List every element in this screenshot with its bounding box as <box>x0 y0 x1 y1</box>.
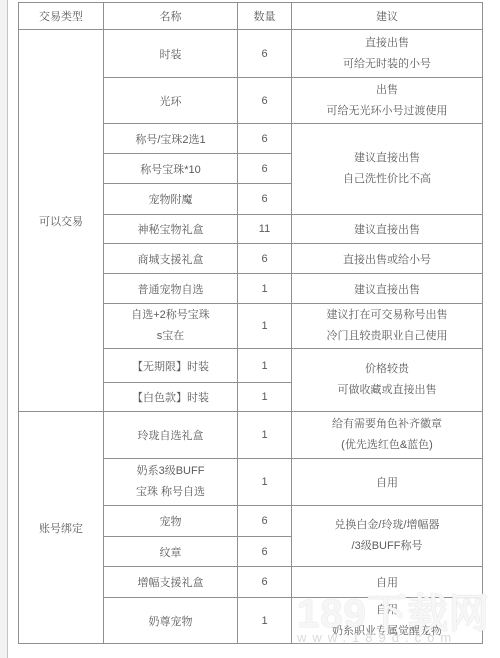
cell-qty: 6 <box>238 30 292 78</box>
cell-advice: 直接出售或给小号 <box>292 244 483 274</box>
cell-advice: 自用 <box>292 459 483 506</box>
cell-name: 宠物 <box>104 506 238 537</box>
cell-name: 自选+2称号宝珠 s宝在 <box>104 304 238 349</box>
cell-name: 商城支援礼盒 <box>104 244 238 274</box>
table-header-row: 交易类型 名称 数量 建议 <box>19 3 483 30</box>
cell-qty: 1 <box>238 383 292 412</box>
cell-qty: 1 <box>238 598 292 644</box>
cell-qty: 6 <box>238 506 292 537</box>
advice-line: 直接出售 <box>294 33 480 54</box>
group-cell-tradable: 可以交易 <box>19 30 104 412</box>
advice-line: 价格较贵 <box>294 359 480 380</box>
cell-name: 【白色款】时装 <box>104 383 238 412</box>
cell-name: 宠物附魔 <box>104 184 238 215</box>
advice-line: 兑换白金/玲珑/增幅器 <box>294 515 480 536</box>
cell-qty: 1 <box>238 349 292 383</box>
cell-advice: 建议直接出售 <box>292 274 483 304</box>
cell-advice: 建议直接出售 <box>292 215 483 244</box>
advice-line: 自己洗性价比不高 <box>294 169 480 190</box>
cell-qty: 6 <box>238 244 292 274</box>
table-row: 可以交易 时装 6 直接出售 可给无时装的小号 <box>19 30 483 78</box>
cell-advice: 直接出售 可给无时装的小号 <box>292 30 483 78</box>
advice-line: 可做收藏或直接出售 <box>294 380 480 401</box>
cell-name: 时装 <box>104 30 238 78</box>
group-cell-account-bound: 账号绑定 <box>19 412 104 644</box>
col-header-trade-type: 交易类型 <box>19 3 104 30</box>
cell-qty: 6 <box>238 154 292 184</box>
col-header-name: 名称 <box>104 3 238 30</box>
table-row: 账号绑定 玲珑自选礼盒 1 给有需要角色补齐徽章 (优先选红色&蓝色) <box>19 412 483 459</box>
advice-line: 自用 <box>294 600 480 621</box>
advice-line: 可给无光环小号过渡使用 <box>294 101 480 122</box>
cell-qty: 6 <box>238 124 292 154</box>
advice-line: (优先选红色&蓝色) <box>294 435 480 456</box>
advice-line: 奶系职业专属觉醒宠物 <box>294 621 480 642</box>
cell-name: 光环 <box>104 78 238 124</box>
advice-line: 冷门且较贵职业自己使用 <box>294 326 480 347</box>
cell-name: 奶系3级BUFF 宝珠 称号自选 <box>104 459 238 506</box>
cell-name: 【无期限】时装 <box>104 349 238 383</box>
cell-qty: 1 <box>238 274 292 304</box>
advice-line: 可给无时装的小号 <box>294 54 480 75</box>
cell-name: 奶尊宠物 <box>104 598 238 644</box>
cell-name: 普通宠物自选 <box>104 274 238 304</box>
cell-advice: 自用 奶系职业专属觉醒宠物 <box>292 598 483 644</box>
cell-qty: 6 <box>238 567 292 598</box>
cell-name: 称号宝珠*10 <box>104 154 238 184</box>
cell-name: 增幅支援礼盒 <box>104 567 238 598</box>
article-screenshot: 交易类型 名称 数量 建议 可以交易 时装 6 直接出售 可给无时装的小号 光环… <box>0 0 500 658</box>
col-header-advice: 建议 <box>292 3 483 30</box>
cell-name: 神秘宝物礼盒 <box>104 215 238 244</box>
cell-qty: 6 <box>238 184 292 215</box>
cell-name: 玲珑自选礼盒 <box>104 412 238 459</box>
cell-qty: 11 <box>238 215 292 244</box>
page-left-edge <box>0 0 8 658</box>
cell-qty: 1 <box>238 412 292 459</box>
cell-advice: 建议直接出售 自己洗性价比不高 <box>292 124 483 215</box>
cell-name: 纹章 <box>104 537 238 567</box>
name-line: 自选+2称号宝珠 <box>106 305 235 326</box>
col-header-qty: 数量 <box>238 3 292 30</box>
advice-line: 建议直接出售 <box>294 148 480 169</box>
cell-advice: 自用 <box>292 567 483 598</box>
cell-qty: 6 <box>238 537 292 567</box>
advice-line: 出售 <box>294 80 480 101</box>
name-line: 奶系3级BUFF <box>106 461 235 482</box>
cell-qty: 6 <box>238 78 292 124</box>
cell-advice: 给有需要角色补齐徽章 (优先选红色&蓝色) <box>292 412 483 459</box>
advice-line: 给有需要角色补齐徽章 <box>294 414 480 435</box>
cell-advice: 出售 可给无光环小号过渡使用 <box>292 78 483 124</box>
name-line: s宝在 <box>106 326 235 347</box>
cell-advice: 建议打在可交易称号出售 冷门且较贵职业自己使用 <box>292 304 483 349</box>
cell-name: 称号/宝珠2选1 <box>104 124 238 154</box>
cell-qty: 1 <box>238 304 292 349</box>
cell-advice: 兑换白金/玲珑/增幅器 /3级BUFF称号 <box>292 506 483 567</box>
advice-line: 建议打在可交易称号出售 <box>294 305 480 326</box>
trade-advice-table: 交易类型 名称 数量 建议 可以交易 时装 6 直接出售 可给无时装的小号 光环… <box>18 2 483 644</box>
cell-advice: 价格较贵 可做收藏或直接出售 <box>292 349 483 412</box>
advice-line: /3级BUFF称号 <box>294 536 480 557</box>
cell-qty: 1 <box>238 459 292 506</box>
name-line: 宝珠 称号自选 <box>106 482 235 503</box>
